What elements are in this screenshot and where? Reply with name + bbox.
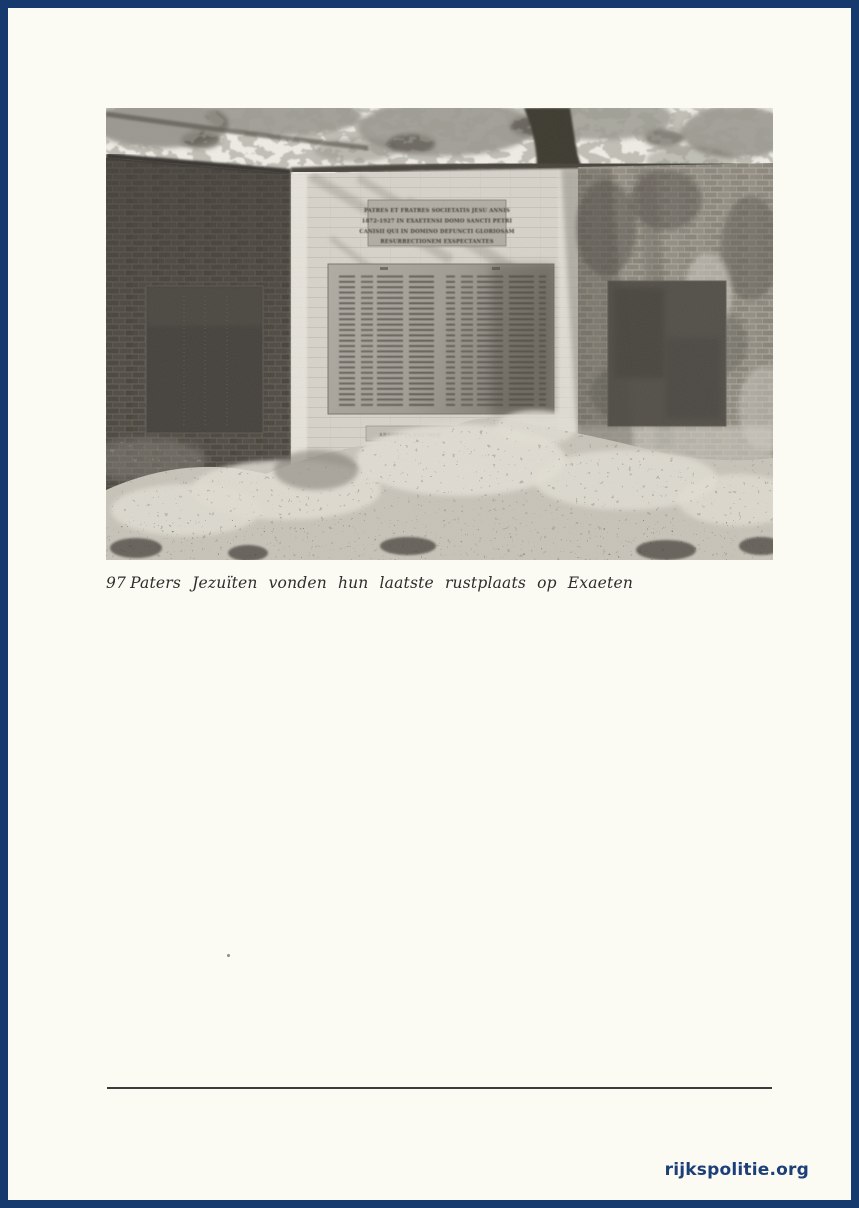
figure-caption: 97Paters Jezuïten vonden hun laatste rus… xyxy=(106,574,746,592)
figure-number: 97 xyxy=(106,574,126,592)
scan-speck xyxy=(227,954,230,957)
footer-divider xyxy=(107,1087,772,1089)
scanned-page: PATRES ET FRATRES SOCIETATIS JESU ANNIS … xyxy=(0,0,859,1208)
figure-caption-text: Paters Jezuïten vonden hun laatste rustp… xyxy=(130,574,633,592)
rijkspolitie-watermark: rijkspolitie.org xyxy=(665,1160,809,1180)
memorial-photo-art: PATRES ET FRATRES SOCIETATIS JESU ANNIS … xyxy=(106,108,773,560)
memorial-photo: PATRES ET FRATRES SOCIETATIS JESU ANNIS … xyxy=(106,108,773,560)
